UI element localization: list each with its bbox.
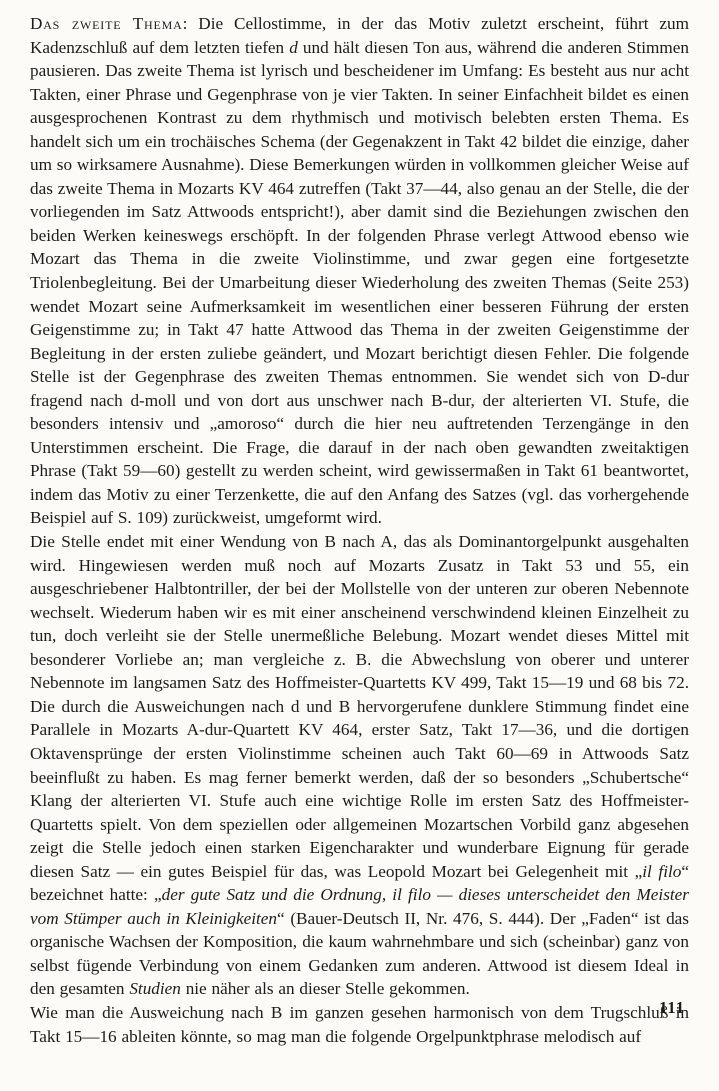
para-second-theme: Das zweite Thema: Die Cellostimme, in de… [30, 12, 689, 530]
text-segment-normal: nie näher als an dieser Stelle gekommen. [181, 979, 470, 998]
page-number: 111 [659, 998, 685, 1018]
text-segment-italic: Studien [129, 979, 181, 998]
text-segment-italic: il filo [642, 862, 681, 881]
text-segment-normal: Die Stelle endet mit einer Wendung von B… [30, 532, 689, 881]
book-page: Das zweite Thema: Die Cellostimme, in de… [0, 0, 719, 1091]
text-segment-normal: Wie man die Ausweichung nach B im ganzen… [30, 1003, 689, 1046]
text-segment-smallcaps: Das zweite Thema [30, 14, 183, 33]
text-block: Das zweite Thema: Die Cellostimme, in de… [30, 12, 689, 1048]
para-die-stelle: Die Stelle endet mit einer Wendung von B… [30, 530, 689, 1001]
text-segment-normal: und hält diesen Ton aus, während die and… [30, 38, 689, 528]
para-wie-man: Wie man die Ausweichung nach B im ganzen… [30, 1001, 689, 1048]
text-segment-italic: d [289, 38, 298, 57]
